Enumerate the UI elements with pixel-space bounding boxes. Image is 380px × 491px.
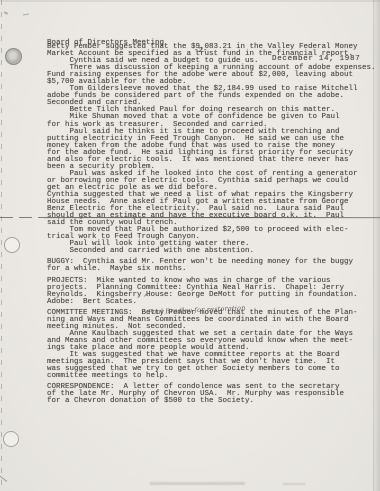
insertion-caret-annotation: ^ [142,293,150,303]
page-top-edge-shadow [0,0,380,2]
text-line: Seconded and carried with one abstention… [47,248,380,255]
text-line: for a while. Maybe six months. [47,266,380,273]
page-left-edge-line [1,0,2,491]
paper-speck [4,11,8,15]
document-page: Board of Directors Meeting -2- December … [0,0,380,491]
document-body: Betty Pember suggested that the $9,083.2… [47,44,380,405]
text-line: for a Chevron donation of $500 to the So… [47,398,380,405]
paper-speck [23,13,29,15]
paper-smudge [283,483,305,485]
paper-smudge [150,482,245,485]
text-line: committee meetings to help. [47,373,380,380]
hole-punch-bottom [3,431,19,447]
hole-punch-middle [4,237,20,253]
document-header: Board of Directors Meeting -2- December … [0,31,380,40]
